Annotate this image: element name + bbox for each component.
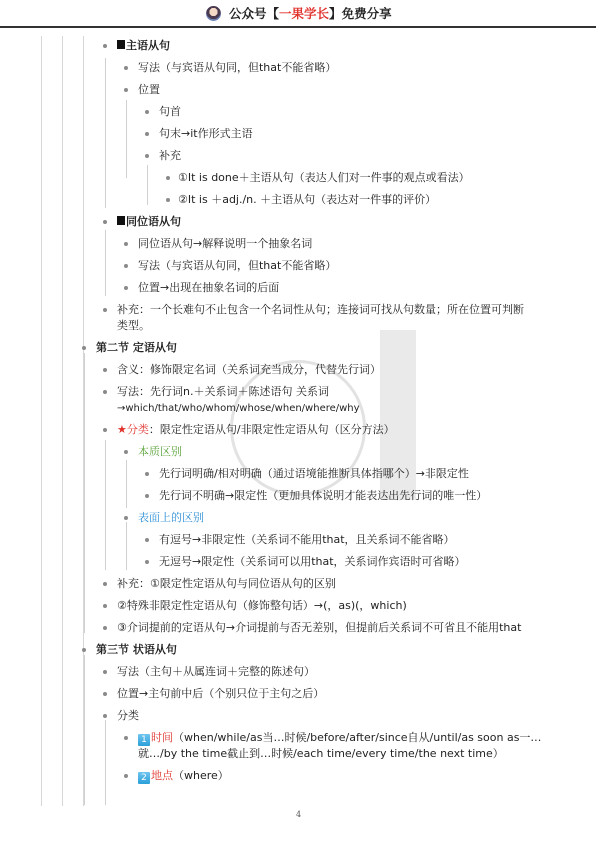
outline-item: 位置 <box>138 83 160 97</box>
outline-item: 位置→出现在抽象名词的后面 <box>138 281 279 295</box>
adverbial-type-time: 1时间（when/while/as当…时候/before/after/since… <box>138 731 541 746</box>
outline-item: 句首 <box>159 105 181 119</box>
tree-line <box>105 720 106 805</box>
bullet <box>166 198 170 202</box>
adverbial-type-time-cont: 就…/by the time截止到…时候/each time/every tim… <box>138 747 504 761</box>
bullet <box>124 774 128 778</box>
tree-line <box>126 522 127 570</box>
bullet <box>103 626 107 630</box>
outline-item: ②It is ＋adj./n. ＋主语从句（表达对一件事的评价） <box>178 193 436 207</box>
bullet <box>103 582 107 586</box>
tree-line <box>84 655 85 805</box>
bullet <box>145 154 149 158</box>
bullet <box>82 346 86 350</box>
bullet <box>145 560 149 564</box>
outline-item: 补充 <box>159 149 181 163</box>
outline-item: 有逗号→非限定性（关系词不能用that，且关系词不能省略） <box>159 533 455 547</box>
subject-clause-title: 主语从句 <box>117 39 170 53</box>
section2-meaning: 含义：修饰限定名词（关系词充当成分，代替先行词） <box>117 363 381 377</box>
tree-line <box>105 58 106 208</box>
outline-item: ①It is done＋主语从句（表达人们对一件事的观点或看法） <box>178 171 470 185</box>
bullet <box>124 736 128 740</box>
bullet <box>145 494 149 498</box>
bullet <box>166 176 170 180</box>
outline-guide-line <box>41 36 42 806</box>
outline-item: ③介词提前的定语从句→介词提前与否无差别，但提前后关系词不可省且不能用that <box>117 621 521 635</box>
tree-line <box>126 100 127 178</box>
header-brand: 一果学长 <box>279 4 329 22</box>
bullet <box>124 66 128 70</box>
outline-item: 无逗号→限定性（关系词可以用that，关系词作宾语时可省略） <box>159 555 466 569</box>
star-classify-label: ★分类 <box>117 423 149 436</box>
square-glyph-icon <box>117 216 125 225</box>
appositive-clause-title: 同位语从句 <box>117 215 181 229</box>
surface-title: 表面上的区别 <box>138 511 204 525</box>
avatar-icon <box>206 6 221 21</box>
page-number: 4 <box>296 810 301 819</box>
outline-item: ②特殊非限定性定语从句（修饰整句话）→(，as)(，which) <box>117 599 407 613</box>
bullet <box>124 264 128 268</box>
outline-item: 分类 <box>117 709 139 723</box>
bullet <box>145 538 149 542</box>
bullet <box>145 132 149 136</box>
header-prefix: 公众号 <box>229 4 267 22</box>
bullet <box>103 44 107 48</box>
outline-item: 写法（主句＋从属连词＋完整的陈述句） <box>117 665 315 679</box>
essence-title: 本质区别 <box>138 445 182 459</box>
tree-line <box>105 440 106 570</box>
bullet <box>103 604 107 608</box>
keycap-2-icon: 2 <box>138 772 150 784</box>
section3-title: 第三节 状语从句 <box>96 643 177 657</box>
outline-item: 补充：①限定性定语从句与同位语从句的区别 <box>117 577 336 591</box>
bullet <box>103 428 107 432</box>
keycap-1-icon: 1 <box>138 734 150 746</box>
bullet <box>124 88 128 92</box>
bullet <box>124 242 128 246</box>
bullet <box>124 516 128 520</box>
bullet <box>145 472 149 476</box>
outline-item: 句末→it作形式主语 <box>159 127 253 141</box>
outline-guide-line <box>62 36 63 806</box>
tree-line <box>84 353 85 633</box>
bullet <box>145 110 149 114</box>
header-bracket-close: 】 <box>329 4 342 22</box>
tree-line <box>126 460 127 508</box>
bullet <box>124 286 128 290</box>
bullet <box>103 714 107 718</box>
square-glyph-icon <box>117 40 125 49</box>
section2-writing-relatives: →which/that/who/whom/whose/when/where/wh… <box>117 402 360 416</box>
outline-item: 同位语从句→解释说明一个抽象名词 <box>138 237 312 251</box>
outline-item: 先行词明确/相对明确（通过语境能推断具体指哪个）→非限定性 <box>159 467 469 481</box>
bullet <box>103 390 107 394</box>
section2-writing: 写法：先行词n.＋关系词＋陈述语句 关系词 <box>117 385 329 399</box>
section2-classify: ★分类：限定性定语从句/非限定性定语从句（区分方法） <box>117 423 395 437</box>
bullet <box>103 368 107 372</box>
header-suffix: 免费分享 <box>342 4 392 22</box>
bullet <box>82 648 86 652</box>
outline-item: 先行词不明确→限定性（更加具体说明才能表达出先行词的唯一性） <box>159 489 487 503</box>
outline-item: 位置→主句前中后（个别只位于主句之后） <box>117 687 324 701</box>
bullet <box>103 670 107 674</box>
header-banner: 公众号 【 一果学长 】 免费分享 <box>206 4 392 22</box>
page-header: 公众号 【 一果学长 】 免费分享 <box>0 0 596 26</box>
tree-line <box>105 230 106 296</box>
section2-title: 第二节 定语从句 <box>96 341 177 355</box>
bullet <box>103 308 107 312</box>
header-divider <box>0 26 596 28</box>
supplement-line-1: 补充：一个长难句不止包含一个名词性从句；连接词可找从句数量；所在位置可判断 <box>117 303 524 317</box>
bullet <box>103 692 107 696</box>
tree-line <box>147 165 148 205</box>
outline-item: 写法（与宾语从句同，但that不能省略） <box>138 259 336 273</box>
header-bracket-open: 【 <box>267 4 280 22</box>
bullet <box>124 450 128 454</box>
outline-item: 写法（与宾语从句同，但that不能省略） <box>138 61 336 75</box>
bullet <box>103 220 107 224</box>
supplement-line-2: 类型。 <box>117 319 150 333</box>
adverbial-type-place: 2地点（where） <box>138 769 229 784</box>
